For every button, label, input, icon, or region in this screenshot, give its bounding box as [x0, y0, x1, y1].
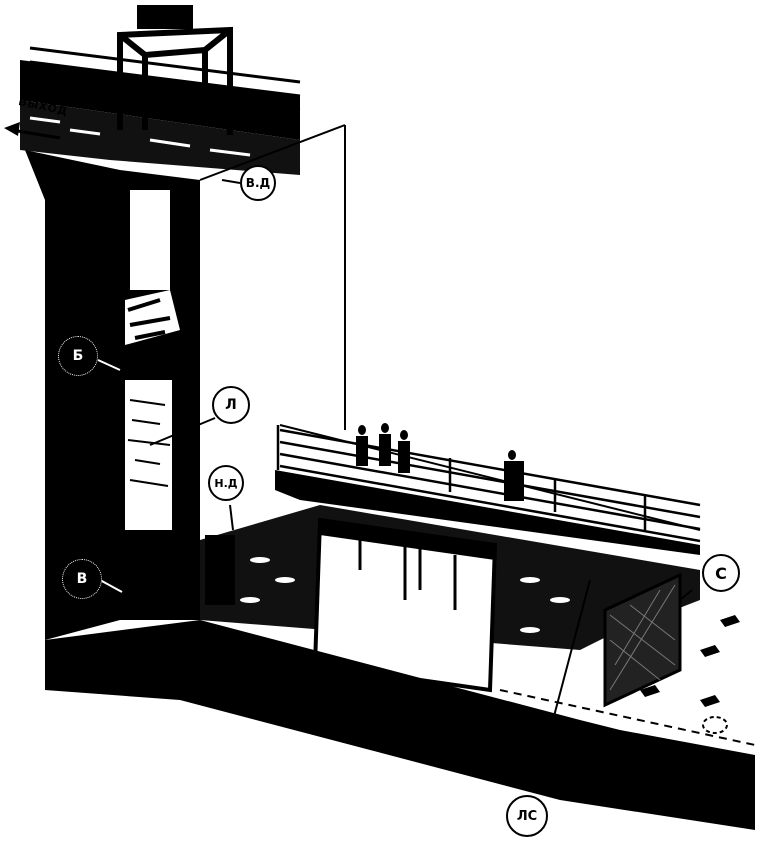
callout-b: Б — [58, 336, 98, 376]
fish-lift-diagram: ВЫХОД В.Д Б Л Н.Д В С ЛС — [0, 0, 761, 850]
callout-vd: В.Д — [240, 165, 276, 201]
callout-ls: ЛС — [506, 795, 548, 837]
left-wall — [25, 150, 200, 640]
callout-nd: Н.Д — [208, 465, 244, 501]
callout-s: С — [702, 554, 740, 592]
callout-l: Л — [212, 386, 250, 424]
callout-v: В — [62, 559, 102, 599]
diagram-drawing — [0, 0, 761, 850]
